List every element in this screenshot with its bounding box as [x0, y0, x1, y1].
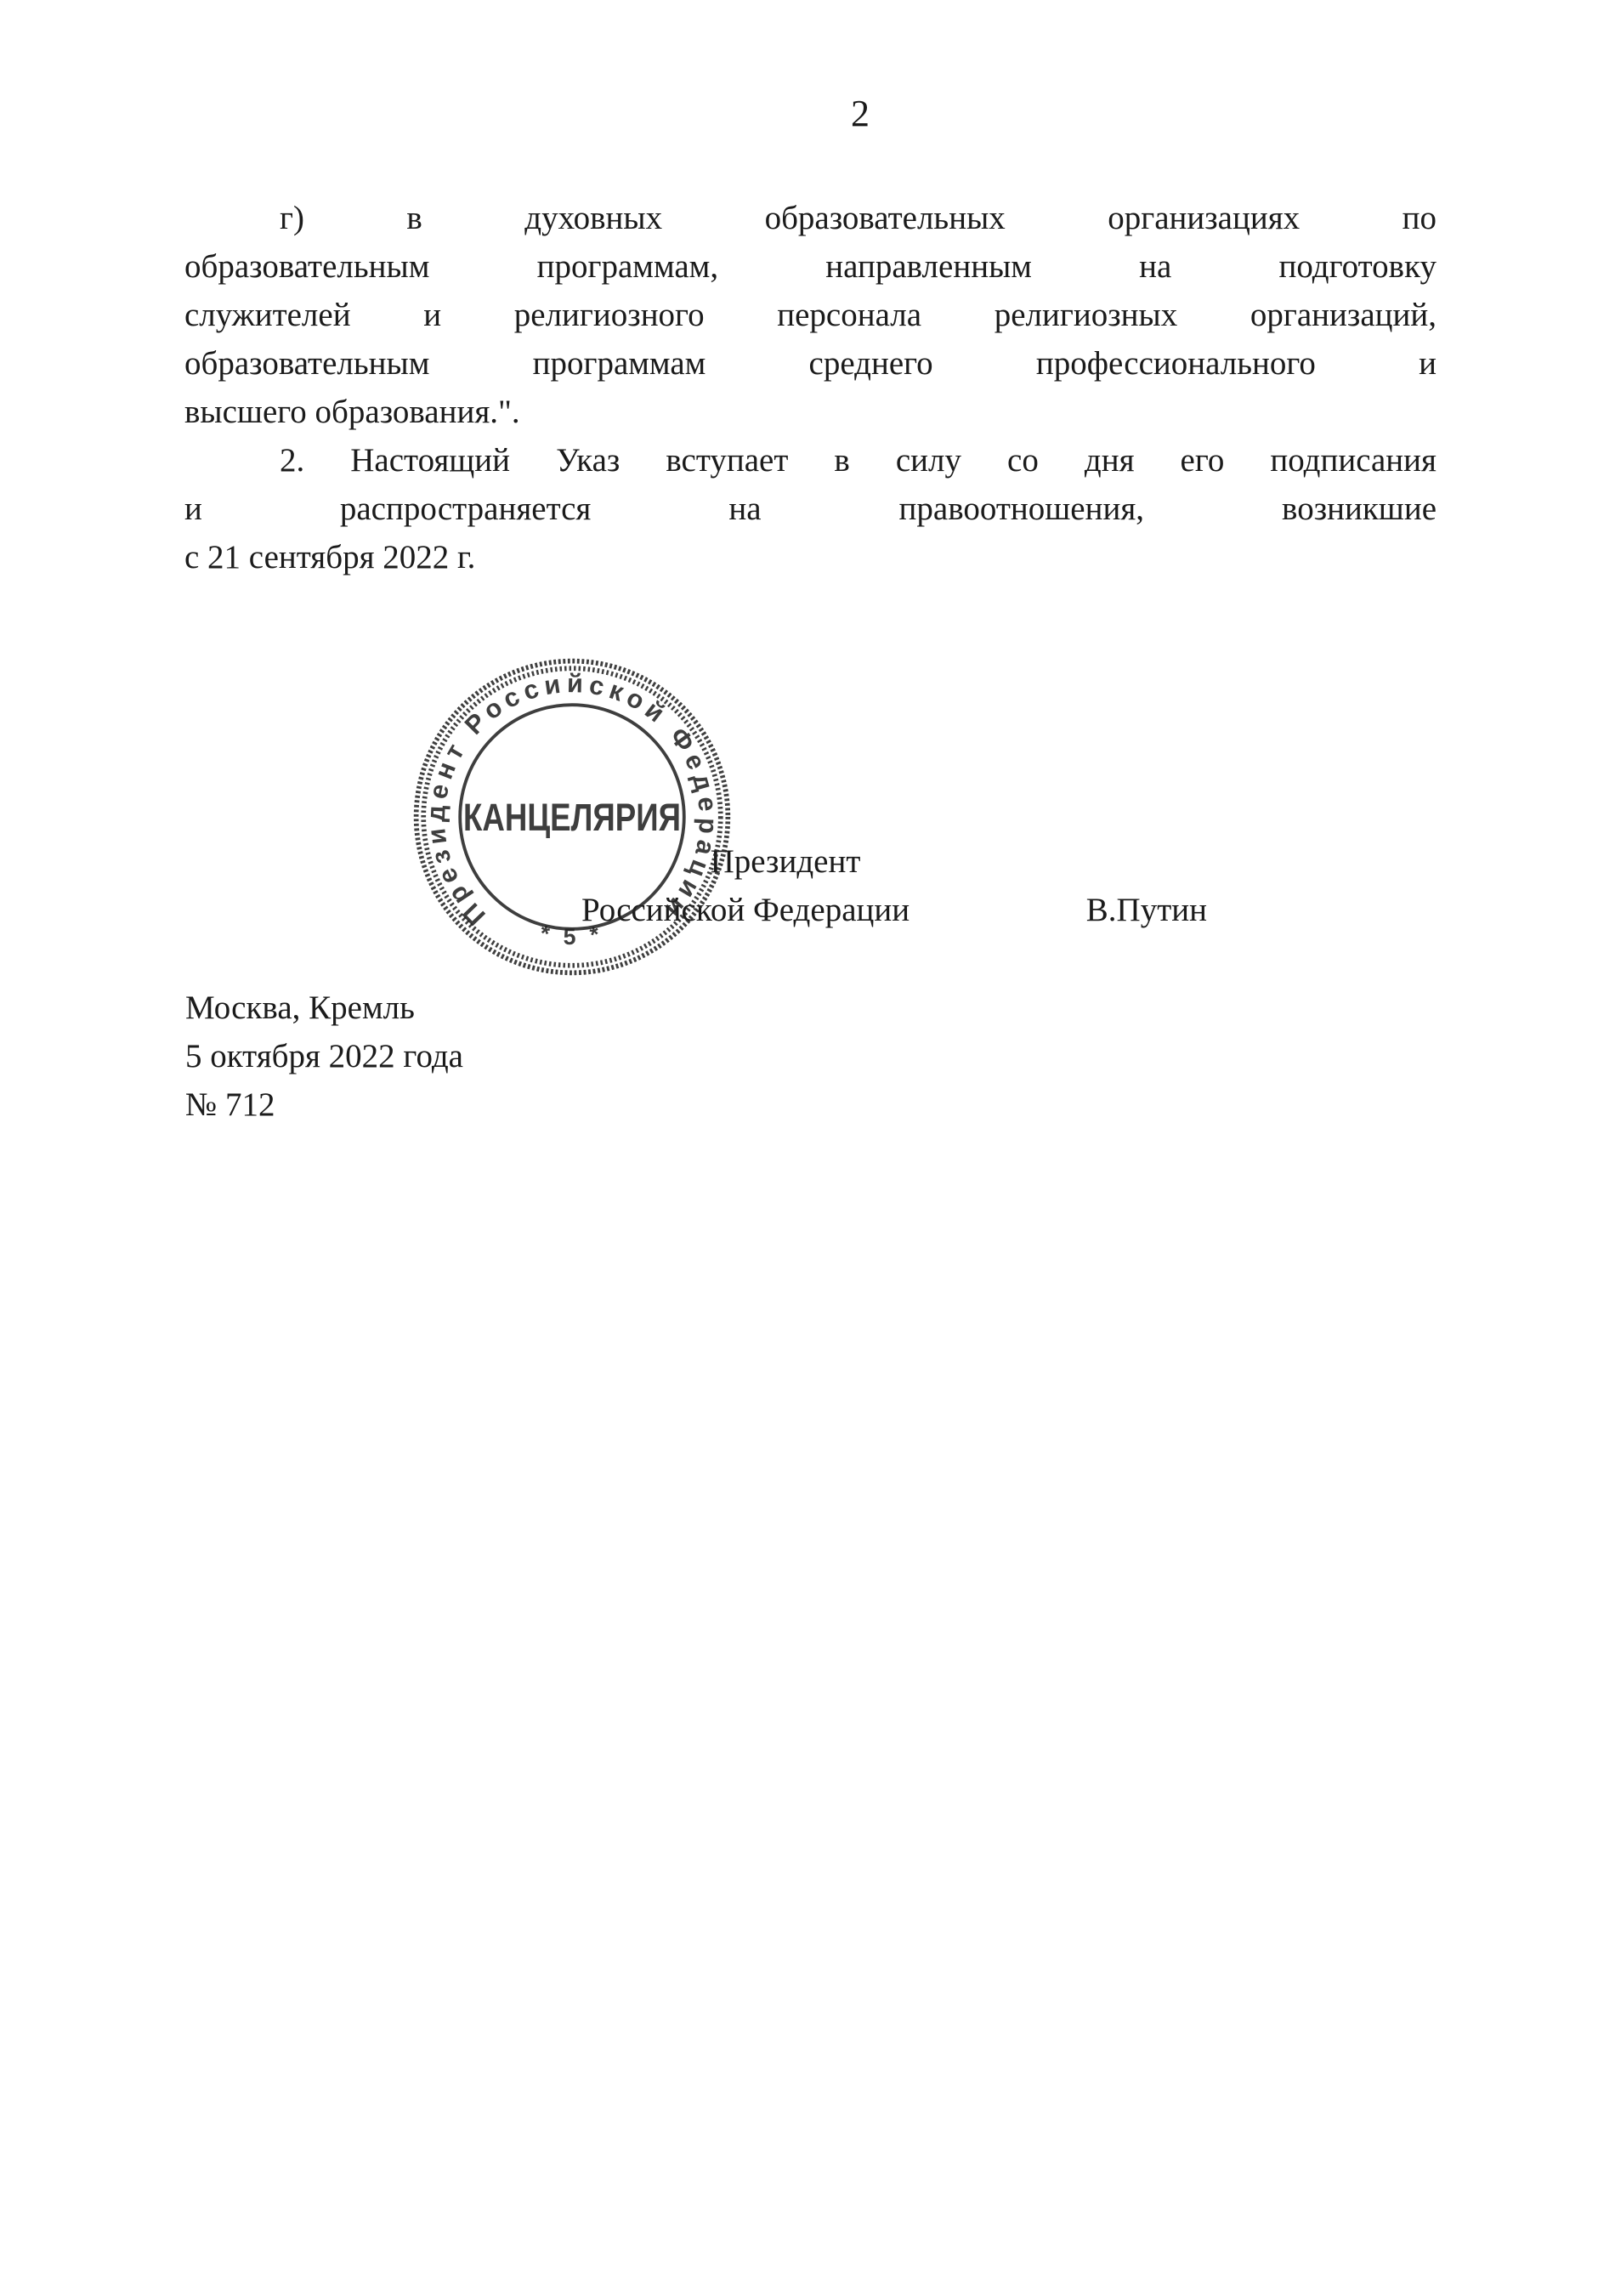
signature-name: В.Путин [1086, 886, 1207, 934]
paragraph-line: с 21 сентября 2022 г. [184, 533, 1436, 581]
document-page: 2 г) в духовных образовательных организа… [0, 0, 1615, 2296]
footer-number: № 712 [185, 1080, 463, 1129]
page-number: 2 [851, 95, 870, 133]
signature-block: Президент Российской Федерации В.Путин [581, 837, 1207, 934]
decree-body: г) в духовных образовательных организаци… [184, 194, 1436, 581]
paragraph-line: 2. Настоящий Указ вступает в силу со дня… [184, 436, 1436, 485]
signature-title-line2-text: Российской Федерации [581, 886, 909, 934]
place-date-number-block: Москва, Кремль 5 октября 2022 года № 712 [185, 984, 463, 1129]
paragraph-line: и распространяется на правоотношения, во… [184, 485, 1436, 533]
paragraph-line: высшего образования.". [184, 388, 1436, 436]
signature-title-line1: Президент [581, 837, 989, 886]
paragraph-line: служителей и религиозного персонала рели… [184, 291, 1436, 339]
stamp-center-text: КАНЦЕЛЯРИЯ [463, 796, 681, 839]
paragraph-line: образовательным программам среднего проф… [184, 339, 1436, 388]
paragraph-line: образовательным программам, направленным… [184, 242, 1436, 291]
paragraph-line: г) в духовных образовательных организаци… [184, 194, 1436, 242]
footer-place: Москва, Кремль [185, 984, 463, 1032]
footer-date: 5 октября 2022 года [185, 1032, 463, 1080]
signature-title-line2: Российской Федерации В.Путин [581, 886, 1207, 934]
